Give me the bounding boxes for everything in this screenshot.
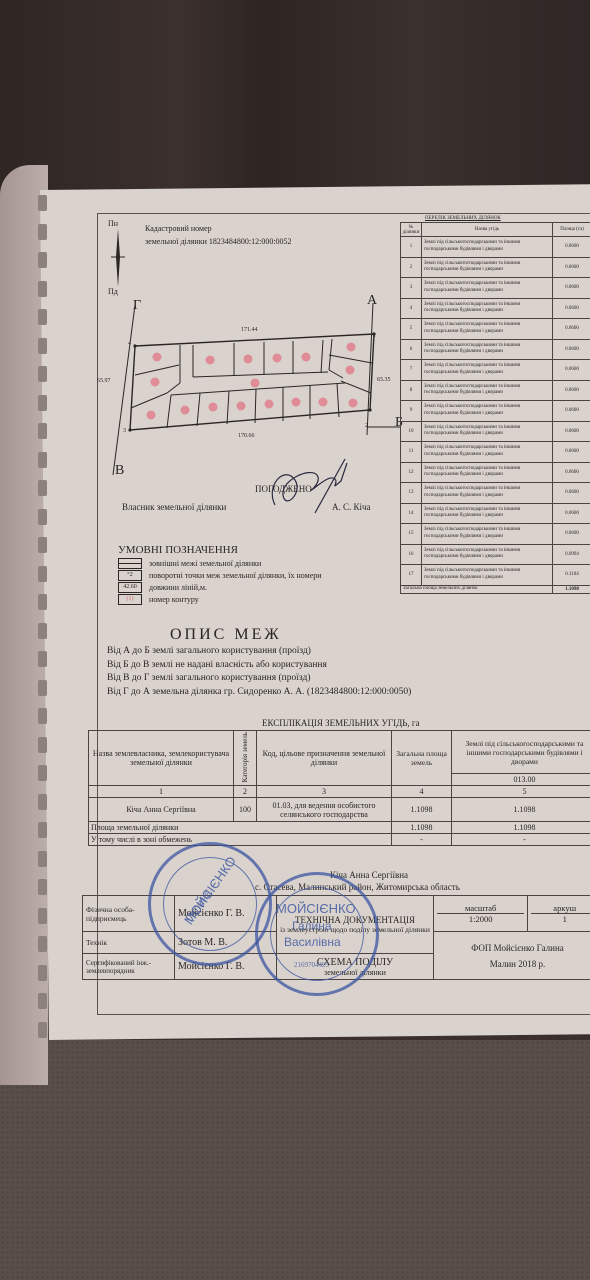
binder-ring (38, 623, 47, 639)
contour-number-marker (265, 400, 274, 409)
legend-item: (1) номер контуру (118, 594, 322, 605)
legend: УМОВНІ ПОЗНАЧЕННЯ зовнішні межі земельно… (118, 544, 322, 605)
boundary-line: Від А до Б землі загального користування… (107, 645, 411, 659)
contour-number-marker (147, 411, 156, 420)
parcel-list-table: № ділянки Назва угідь Площа (га) 1Землі … (400, 222, 590, 594)
table-row: 17Землі під сільськогосподарськими та ін… (401, 565, 590, 586)
header-number: № ділянки (401, 223, 422, 237)
parcel-area: 0.0600 (553, 503, 590, 524)
parcel-land-type: Землі під сільськогосподарськими та інши… (422, 401, 553, 422)
parcel-number: 16 (401, 544, 422, 565)
header-total: Загальна площа земель (392, 731, 452, 786)
parcel-land-type: Землі під сільськогосподарськими та інши… (422, 524, 553, 545)
boundary-line: Від Г до А земельна ділянка гр. Сидоренк… (107, 686, 411, 700)
length-top: 171.44 (241, 327, 258, 333)
binder-ring (38, 537, 47, 553)
binder-ring (38, 851, 47, 867)
cadastral-number: Кадастровий номер земельної ділянки 1823… (145, 222, 292, 248)
city-year: Малин 2018 р. (437, 959, 590, 969)
table-row: 15Землі під сільськогосподарськими та ін… (401, 524, 590, 545)
parcel-area: 0.0600 (553, 278, 590, 299)
parcel-number: 3 (401, 278, 422, 299)
table-row: 2Землі під сільськогосподарськими та інш… (401, 257, 590, 278)
table-row: У тому числі в зоні обмежень - - (89, 834, 590, 846)
table-row: 10Землі під сільськогосподарськими та ін… (401, 421, 590, 442)
parcel-number: 15 (401, 524, 422, 545)
binder-ring (38, 879, 47, 895)
parcel-land-type: Землі під сільськогосподарськими та інши… (422, 442, 553, 463)
total-cell: 1.1098 (392, 798, 452, 822)
contour-number-marker (153, 353, 162, 362)
header-category: Категорія земель (241, 732, 249, 782)
parcel-area: 0.0600 (553, 298, 590, 319)
parcel-number: 17 (401, 565, 422, 586)
length-bottom: 170.66 (238, 433, 255, 439)
compass-arrow-icon (110, 229, 130, 289)
parcel-number: 1 (401, 237, 422, 258)
binder-ring (38, 1022, 47, 1038)
parcel-number: 14 (401, 503, 422, 524)
north-label: Пн (108, 219, 118, 228)
binder-ring (38, 395, 47, 411)
scale-label: масштаб (437, 903, 524, 914)
binder-ring (38, 680, 47, 696)
binder-ring (38, 936, 47, 952)
sheet-label: аркуш (531, 903, 590, 914)
header-purpose: Код, цільове призначення земельної ділян… (257, 731, 392, 786)
contour-number-icon: (1) (118, 594, 142, 605)
parcel-land-type: Землі під сільськогосподарськими та інши… (422, 339, 553, 360)
binder-ring (38, 423, 47, 439)
binder-ring (38, 765, 47, 781)
parcel-area: 0.0600 (553, 462, 590, 483)
binder-ring (38, 965, 47, 981)
parcel-number: 9 (401, 401, 422, 422)
contour-number-marker (206, 356, 215, 365)
parcel-land-type: Землі під сільськогосподарськими та інши… (422, 503, 553, 524)
parcel-area: 0.0600 (553, 237, 590, 258)
official-stamp: МОЙСІЄНКО Галина (148, 842, 272, 966)
parcel-area: 0.0600 (553, 257, 590, 278)
table-row: 14Землі під сільськогосподарськими та ін… (401, 503, 590, 524)
binder-ring (38, 993, 47, 1009)
parcel-number: 7 (401, 360, 422, 381)
background-fabric-top (0, 0, 590, 215)
contour-number-marker (349, 399, 358, 408)
contour-number-marker (244, 355, 253, 364)
table-row: 3Землі під сільськогосподарськими та інш… (401, 278, 590, 299)
legend-title: УМОВНІ ПОЗНАЧЕННЯ (118, 544, 322, 556)
contour-number-marker (347, 343, 356, 352)
owner-cell: Кіча Анна Сергіївна (89, 798, 234, 822)
parcel-number: 12 (401, 462, 422, 483)
parcel-list-title: ПЕРЕЛІК ЗЕМЕЛЬНИХ ДІЛЯНОК (425, 216, 501, 221)
legend-item: 42.60 довжини ліній,м. (118, 582, 322, 593)
header-buildings: Землі під сільськогосподарськими та інши… (452, 731, 590, 774)
contour-number-marker (292, 398, 301, 407)
binder-ring (38, 822, 47, 838)
binder-ring (38, 338, 47, 354)
binder-ring (38, 737, 47, 753)
length-left: 65.97 (97, 378, 111, 384)
corner-label-g: Г (133, 298, 141, 314)
point-number-4: 4 (128, 341, 131, 347)
cadastral-value: земельної ділянки 1823484800:12:000:0052 (145, 235, 292, 248)
role-label: Сертифікований інж.-землевпорядник (83, 954, 175, 980)
corner-label-a: А (367, 293, 377, 309)
binder-ring (38, 908, 47, 924)
table-row: 7Землі під сільськогосподарськими та інш… (401, 360, 590, 381)
parcel-land-type: Землі під сільськогосподарськими та інши… (422, 462, 553, 483)
parcel-land-type: Землі під сільськогосподарськими та інши… (422, 380, 553, 401)
total-label: Загальна площа земельних ділянок (401, 585, 553, 593)
parcel-number: 5 (401, 319, 422, 340)
parcel-area: 0.0600 (553, 421, 590, 442)
category-cell: 100 (234, 798, 257, 822)
parcel-area: 0.0600 (553, 442, 590, 463)
contour-number-marker (181, 406, 190, 415)
table-row: Кіча Анна Сергіївна 100 01.03, для веден… (89, 798, 590, 822)
background-carpet (0, 1040, 590, 1280)
binder-ring (38, 452, 47, 468)
header-owner: Назва землевласника, землекористувача зе… (89, 731, 234, 786)
binder-ring (38, 794, 47, 810)
legend-item: °2 поворотні точки меж земельної ділянки… (118, 570, 322, 581)
table-row: 12Землі під сільськогосподарськими та ін… (401, 462, 590, 483)
contour-number-marker (273, 354, 282, 363)
parcel-land-type: Землі під сільськогосподарськими та інши… (422, 565, 553, 586)
header-buildings-code: 013.00 (452, 774, 590, 786)
contour-number-marker (319, 398, 328, 407)
parcel-land-type: Землі під сільськогосподарськими та інши… (422, 483, 553, 504)
table-row: 16Землі під сільськогосподарськими та ін… (401, 544, 590, 565)
table-row: 9Землі під сільськогосподарськими та інш… (401, 401, 590, 422)
binder-ring (38, 366, 47, 382)
binder-ring (38, 480, 47, 496)
length-right: 65.35 (377, 377, 391, 383)
boundary-line: Від Б до В землі не надані власність або… (107, 659, 411, 673)
binder-ring (38, 195, 47, 211)
parcel-land-type: Землі під сільськогосподарськими та інши… (422, 319, 553, 340)
binder-ring (38, 309, 47, 325)
point-number-3: 3 (123, 428, 126, 434)
parcel-area: 0.0994 (553, 544, 590, 565)
owner-label: Власник земельної ділянки (122, 502, 226, 512)
contour-number-marker (151, 378, 160, 387)
sheet-value: 1 (531, 914, 590, 924)
binder-ring (38, 708, 47, 724)
binder-ring (38, 594, 47, 610)
table-row: 13Землі під сільськогосподарськими та ін… (401, 483, 590, 504)
parcel-area: 0.0600 (553, 380, 590, 401)
total-value: 1.1098 (553, 585, 590, 593)
parcel-area: 0.0600 (553, 360, 590, 381)
company-name: ФОП Мойсієнко Галина (437, 943, 590, 953)
parcel-land-type: Землі під сільськогосподарськими та інши… (422, 544, 553, 565)
explication-table: Назва землевласника, землекористувача зе… (88, 730, 590, 846)
parcel-area: 0.0600 (553, 524, 590, 545)
binder-ring (38, 224, 47, 240)
contour-number-marker (237, 402, 246, 411)
parcel-number: 6 (401, 339, 422, 360)
area-row-label: Площа земельної ділянки (89, 822, 392, 834)
parcel-area: 0.0600 (553, 401, 590, 422)
line-length-icon: 42.60 (118, 582, 142, 593)
boundary-line-icon (118, 558, 142, 569)
binder-ring (38, 509, 47, 525)
table-row: 6Землі під сільськогосподарськими та інш… (401, 339, 590, 360)
parcel-area: 0.0600 (553, 319, 590, 340)
parcel-area: 0.0600 (553, 483, 590, 504)
parcel-number: 10 (401, 421, 422, 442)
buildings-cell: 1.1098 (452, 798, 590, 822)
binder-ring (38, 651, 47, 667)
binder-ring (38, 281, 47, 297)
scale-value: 1:2000 (437, 914, 524, 924)
table-row: 8Землі під сільськогосподарськими та інш… (401, 380, 590, 401)
parcel-area: 0.1104 (553, 565, 590, 586)
point-number-2: 2 (365, 423, 368, 429)
boundary-description: Від А до Б землі загального користування… (107, 645, 411, 699)
binder-ring (38, 566, 47, 582)
legend-item: зовнішні межі земельної ділянки (118, 558, 322, 569)
contour-number-marker (209, 403, 218, 412)
turning-point-icon: °2 (118, 570, 142, 581)
parcel-number: 2 (401, 257, 422, 278)
owner-signature (255, 455, 355, 515)
boundary-description-title: ОПИС МЕЖ (170, 626, 282, 644)
parcel-land-type: Землі під сільськогосподарськими та інши… (422, 278, 553, 299)
binder-ring (38, 252, 47, 268)
table-row: 5Землі під сільськогосподарськими та інш… (401, 319, 590, 340)
contour-number-marker (251, 379, 260, 388)
table-row: 11Землі під сільськогосподарськими та ін… (401, 442, 590, 463)
corner-label-v: В (115, 463, 124, 479)
header-land-type: Назва угідь (422, 223, 553, 237)
header-area: Площа (га) (553, 223, 590, 237)
table-row: 4Землі під сільськогосподарськими та інш… (401, 298, 590, 319)
parcel-number: 11 (401, 442, 422, 463)
parcel-number: 13 (401, 483, 422, 504)
parcel-land-type: Землі під сільськогосподарськими та інши… (422, 421, 553, 442)
parcel-land-type: Землі під сільськогосподарськими та інши… (422, 237, 553, 258)
parcel-number: 4 (401, 298, 422, 319)
parcel-land-type: Землі під сільськогосподарськими та інши… (422, 360, 553, 381)
parcel-land-type: Землі під сільськогосподарськими та інши… (422, 298, 553, 319)
north-arrow: Пн Пд (108, 219, 128, 299)
table-row: Площа земельної ділянки 1.1098 1.1098 (89, 822, 590, 834)
parcel-land-type: Землі під сільськогосподарськими та інши… (422, 257, 553, 278)
contour-number-marker (346, 366, 355, 375)
parcel-number: 8 (401, 380, 422, 401)
official-stamp: МОЙСІЄНКО Галина Василівна 2169704425 (255, 872, 379, 996)
purpose-cell: 01.03, для ведення особистого селянськог… (257, 798, 392, 822)
cadastral-label: Кадастровий номер (145, 222, 292, 235)
table-row: 1Землі під сільськогосподарськими та інш… (401, 237, 590, 258)
point-number-1: 1 (373, 333, 376, 339)
contour-number-marker (302, 353, 311, 362)
parcel-area: 0.0600 (553, 339, 590, 360)
explication-title: ЕКСПЛІКАЦІЯ ЗЕМЕЛЬНИХ УГІДЬ, га (262, 718, 420, 728)
boundary-line: Від В до Г землі загального користування… (107, 672, 411, 686)
